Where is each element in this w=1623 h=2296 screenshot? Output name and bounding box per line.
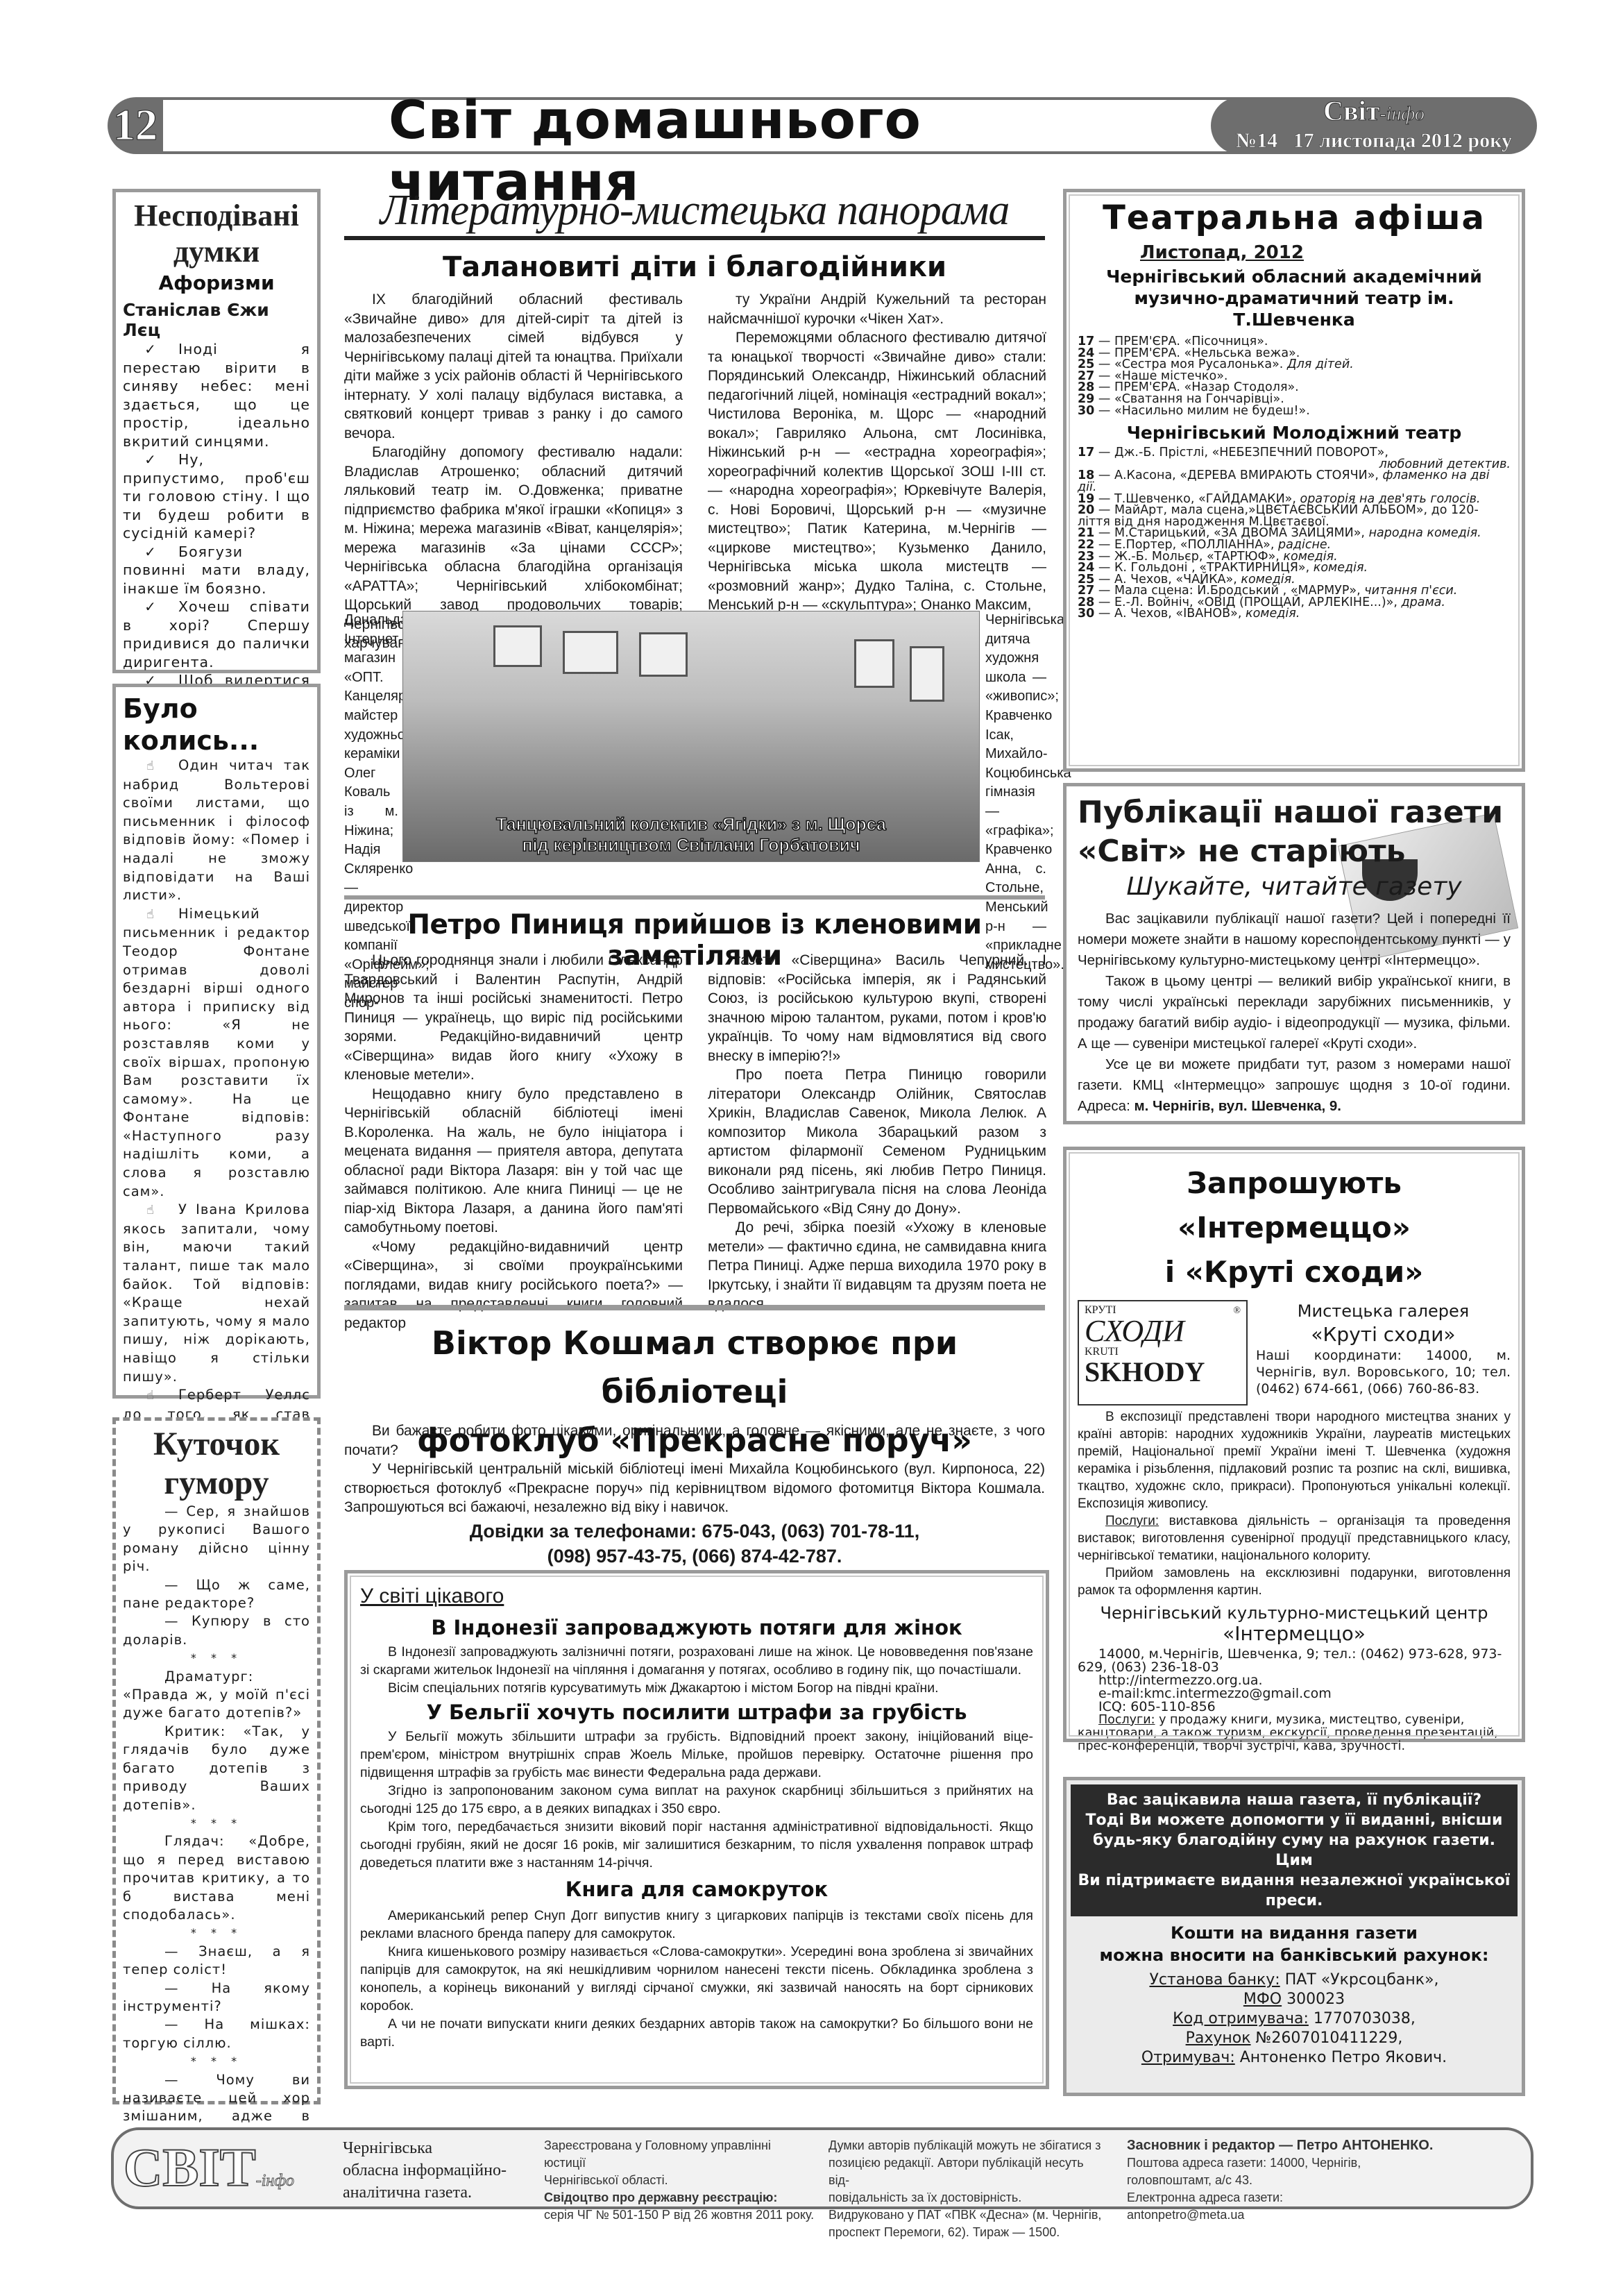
schedule-row: 30 — «Насильно милим не будеш!». (1078, 405, 1511, 417)
paragraph: В експозиції представлені твори народног… (1078, 1408, 1511, 1512)
article-column: газети «Сіверщина» Василь Чепурний. І ві… (708, 951, 1046, 1314)
article-body: Ви бажаєте робити фото цікавими, оригіна… (344, 1421, 1045, 1517)
article-title: Талановиті діти і благодійники (344, 251, 1045, 283)
joke-line: Критик: «Так, у глядачів було дуже багат… (123, 1723, 310, 1814)
registered-icon: ® (1233, 1306, 1241, 1317)
editor-email-link[interactable]: antonpetro@meta.ua (1127, 2206, 1515, 2224)
publications-box: Публікації нашої газети «Світ» не старію… (1063, 783, 1525, 1124)
article-column: IX благодійний обласний фестиваль «Звича… (344, 290, 683, 653)
paragraph: А чи не почати випускати книги деяких бе… (360, 2015, 1033, 2051)
joke-line: Драматург: «Правда ж, у моїй п'єсі дуже … (123, 1668, 310, 1723)
paragraph: Переможцями обласного фестивалю дитячої … (708, 328, 1046, 615)
dance-group-photo: Танцювальний колектив «Ягідки» з м. Щорс… (402, 611, 980, 862)
story-title: У Бельгії хочуть посилити штрафи за груб… (360, 1697, 1033, 1728)
humor-title: Куточокгумору (123, 1425, 310, 1503)
checkmark-icon: ✓ (123, 543, 178, 562)
panorama-title: Літературно-мистецька панорама (344, 186, 1045, 235)
aphorisms-title: Несподіванідумки (123, 198, 310, 270)
address: м. Чернігів, вул. Шевченка, 9. (1135, 1098, 1341, 1114)
paragraph: В Індонезії запроваджують залізничні пот… (360, 1643, 1033, 1679)
paragraph: Американський репер Снуп Догг випустив к… (360, 1907, 1033, 1943)
story-title: Книга для самокруток (360, 1872, 1033, 1907)
paragraph: Вісім спеціальних потягів курсуватимуть … (360, 1679, 1033, 1697)
gallery-coords: Наші координати: 14000, м. Чернігів, вул… (1256, 1347, 1511, 1397)
theater-poster-box: Театральна афіша Листопад, 2012 Чернігів… (1063, 189, 1525, 772)
bank-details: Установа банку: ПАТ «Укрсоцбанк», МФО 30… (1071, 1970, 1518, 2068)
separator: * * * (123, 2052, 310, 2070)
code-row: Код отримувача: 1770703038, (1071, 2009, 1518, 2029)
schedule-row: 17 — Дж.-Б. Прістлі, «НЕБЕЗПЕЧНИЙ ПОВОРО… (1078, 447, 1511, 470)
mfo-row: МФО 300023 (1071, 1990, 1518, 2009)
aphorism-item: ✓Ну, припустимо, проб'єш ти головою стін… (123, 450, 310, 543)
gallery-name: «Круті сходи» (1256, 1322, 1511, 1347)
gallery-label: Мистецька галерея (1256, 1300, 1511, 1322)
article-column: ту України Андрій Кужельний та ресторан … (708, 290, 1046, 615)
joke-line: — На мішках: торгую сіллю. (123, 2016, 310, 2052)
account-row: Рахунок №2607010411229, (1071, 2029, 1518, 2048)
theater-schedule: 17 — Дж.-Б. Прістлі, «НЕБЕЗПЕЧНИЙ ПОВОРО… (1078, 447, 1511, 620)
theater-title: Театральна афіша (1078, 199, 1511, 237)
donation-appeal: Вас зацікавила наша газета, її публікаці… (1071, 1784, 1518, 1916)
once-upon-box: Було колись... ☝Один читач так набрид Во… (112, 684, 321, 1399)
editor-info: Засновник і редактор — Петро АНТОНЕНКО. … (1127, 2137, 1515, 2224)
checkmark-icon: ✓ (123, 598, 178, 616)
paragraph: Цього городнянця знали і любили Олександ… (344, 951, 683, 1085)
contact-phones: Довідки за телефонами: 675-043, (063) 70… (344, 1519, 1045, 1569)
theater-name: Чернігівський Молодіжний театр (1078, 419, 1511, 447)
joke-line: Глядач: «Добре, що я перед виставою проч… (123, 1832, 310, 1924)
issue-info: №14 17 листопада 2012 року (1211, 128, 1537, 153)
paragraph: Згідно із запропонованим законом сума ви… (360, 1782, 1033, 1818)
theater-schedule: 17 — ПРЕМ'ЄРА. «Пісочниця». 24 — ПРЕМ'ЄР… (1078, 336, 1511, 416)
title-underline (344, 236, 1045, 240)
paragraph: Послуги: виставкова діяльність – організ… (1078, 1512, 1511, 1564)
center-services: Послуги: у продажу книги, музика, мистец… (1078, 1714, 1511, 1753)
paragraph: Ви бажаєте робити фото цікавими, оригіна… (344, 1421, 1045, 1460)
issue-badge: Світ-інфо №14 17 листопада 2012 року (1211, 97, 1537, 154)
once-upon-title: Було колись... (123, 693, 310, 757)
pointing-hand-icon: ☝ (123, 906, 178, 925)
pointing-hand-icon: ☝ (123, 1201, 178, 1220)
panorama-header: Літературно-мистецька панорама (344, 186, 1045, 240)
recipient-row: Отримувач: Антоненко Петро Якович. (1071, 2048, 1518, 2068)
joke-line: — Що ж саме, пане редакторе? (123, 1576, 310, 1613)
paragraph: Нещодавно книгу було представлено в Черн… (344, 1085, 683, 1238)
publication-type: Чернігівська обласна інформаційно- аналі… (343, 2137, 507, 2204)
bank-row: Установа банку: ПАТ «Укрсоцбанк», (1071, 1970, 1518, 1990)
donation-box: Вас зацікавила наша газета, її публікаці… (1063, 1777, 1525, 2096)
paragraph: Усе це ви можете придбати тут, разом з н… (1078, 1054, 1511, 1117)
paragraph: газети «Сіверщина» Василь Чепурний. І ві… (708, 951, 1046, 1065)
center-address: 14000, м.Чернігів, Шевченка, 9; тел.: (0… (1078, 1648, 1511, 1674)
publications-title: Публікації нашої газети «Світ» не старію… (1078, 793, 1511, 871)
separator: * * * (123, 1649, 310, 1667)
story-title: В Індонезії запроваджують потяги для жін… (360, 1612, 1033, 1643)
paragraph: У Бельгії можуть збільшити штрафи за гру… (360, 1728, 1033, 1782)
aphorisms-author: Станіслав Єжи Лєц (123, 300, 310, 340)
divider (344, 895, 1045, 900)
humor-box: Куточокгумору — Сер, я знайшов у рукопис… (112, 1417, 321, 2104)
pointing-hand-icon: ☝ (123, 757, 178, 776)
divider (344, 1305, 1045, 1310)
anecdote-item: ☝Німецький письменник і редактор Теодор … (123, 905, 310, 1201)
separator: * * * (123, 1814, 310, 1832)
intermezzo-box: Запрошують «Інтермеццо» і «Круті сходи» … (1063, 1147, 1525, 1742)
intermezzo-body: В експозиції представлені твори народног… (1078, 1408, 1511, 1599)
center-title: Чернігівський культурно-мистецький центр… (1078, 1603, 1511, 1645)
joke-line: — На якому інструменті? (123, 1980, 310, 2016)
interesting-box: У світі цікавого В Індонезії запроваджую… (344, 1570, 1049, 2089)
pointing-hand-icon: ☝ (123, 1387, 178, 1406)
story-body: У Бельгії можуть збільшити штрафи за гру… (360, 1728, 1033, 1872)
page-number: 12 (108, 97, 163, 154)
joke-line: — Знаєш, а я тепер соліст! (123, 1943, 310, 1980)
publications-body: Вас зацікавили публікації нашої газети? … (1078, 909, 1511, 1117)
aphorism-item: ✓Іноді я перестаю вірити в синяву небес:… (123, 340, 310, 450)
publications-subtitle: Шукайте, читайте газету (1078, 871, 1511, 903)
checkmark-icon: ✓ (123, 340, 178, 359)
center-contacts: 14000, м.Чернігів, Шевченка, 9; тел.: (0… (1078, 1648, 1511, 1753)
registration-info: Зареєстрована у Головному управлінні юст… (544, 2137, 815, 2224)
donation-heading: Кошти на видання газети можна вносити на… (1071, 1922, 1518, 1966)
anecdote-item: ☝Один читач так набрид Вольтерові своїми… (123, 757, 310, 905)
anecdote-item: ☝У Івана Крилова якось запитали, чому ві… (123, 1201, 310, 1386)
schedule-row: 18 — А.Касона, «ДЕРЕВА ВМИРАЮТЬ СТОЯЧИ»,… (1078, 470, 1511, 493)
footer-logo: СВІТ-інфо (124, 2134, 294, 2214)
footer-imprint: СВІТ-інфо Чернігівська обласна інформаці… (111, 2127, 1533, 2209)
paragraph: Крім того, передбачається знизити вікови… (360, 1818, 1033, 1872)
aphorism-item: ✓Хочеш співати в хорі? Спершу придивися … (123, 598, 310, 671)
paragraph: IX благодійний обласний фестиваль «Звича… (344, 290, 683, 443)
story-body: В Індонезії запроваджують залізничні пот… (360, 1643, 1033, 1697)
checkmark-icon: ✓ (123, 450, 178, 469)
kruti-skhody-logo: КРУТІ СХОДИ KRUTI SKHODY ® (1078, 1300, 1248, 1406)
paragraph: Також в цьому центрі — великий вибір укр… (1078, 971, 1511, 1054)
story-body: Американський репер Снуп Догг випустив к… (360, 1907, 1033, 2051)
joke-line: — Сер, я знайшов у рукописі Вашого роман… (123, 1503, 310, 1576)
disclaimer-info: Думки авторів публікацій можуть не збіга… (829, 2137, 1106, 2241)
paragraph: Книга кишенькового розміру називається «… (360, 1943, 1033, 2015)
humor-list: — Сер, я знайшов у рукописі Вашого роман… (123, 1503, 310, 2181)
paragraph: Про поета Петра Пиницю говорили літерато… (708, 1065, 1046, 1218)
separator: * * * (123, 1924, 310, 1942)
aphorism-item: ✓Боягузи повинні мати владу, інакше їм б… (123, 543, 310, 598)
icq-number: ICQ: 605-110-856 (1078, 1700, 1511, 1714)
theater-month: Листопад, 2012 (1140, 242, 1511, 263)
schedule-row: 20 — МайАрт, мала сцена,»ЦВЄТАЄВСЬКИЙ АЛ… (1078, 505, 1511, 527)
theater-name: Чернігівський обласний академічний музич… (1078, 266, 1511, 330)
article-column: Цього городнянця знали і любили Олександ… (344, 951, 683, 1333)
aphorisms-box: Несподіванідумки Афоризми Станіслав Єжи … (112, 189, 321, 673)
paragraph: Вас зацікавили публікації нашої газети? … (1078, 909, 1511, 971)
photo-caption: Танцювальний колектив «Ягідки» з м. Щорс… (403, 814, 979, 856)
intermezzo-title: Запрошують «Інтермеццо» і «Круті сходи» (1078, 1161, 1511, 1294)
paragraph: ту України Андрій Кужельний та ресторан … (708, 290, 1046, 328)
paragraph: Прийом замовлень на ексклюзивні подарунк… (1078, 1564, 1511, 1599)
aphorisms-subtitle: Афоризми (123, 271, 310, 294)
interesting-title: У світі цікавого (360, 1583, 1033, 1610)
joke-line: — Купюру в сто доларів. (123, 1612, 310, 1649)
paragraph: У Чернігівській центральній міській бібл… (344, 1460, 1045, 1517)
paragraph: До речі, збірка поезій «Ухожу в кленовые… (708, 1218, 1046, 1314)
schedule-row: 30 — А. Чехов, «ІВАНОВ», комедія. (1078, 608, 1511, 620)
newspaper-logo: Світ-інфо (1211, 97, 1537, 128)
